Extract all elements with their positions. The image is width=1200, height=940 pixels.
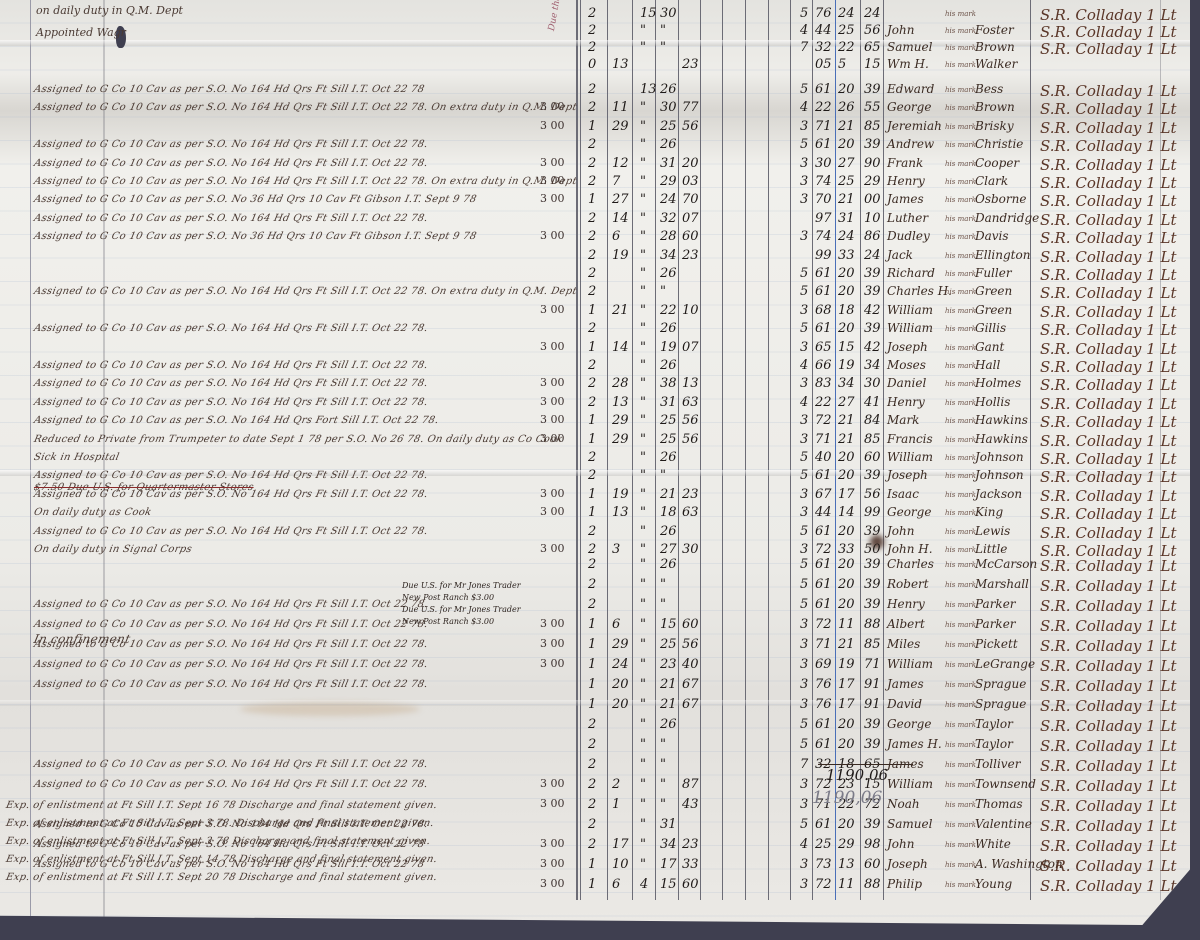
ration-cell: 3	[800, 229, 808, 244]
discharge-note: Exp. of enlistment at Ft Sill I.T. Sept …	[5, 872, 438, 883]
dollars-cell: 26	[660, 82, 677, 97]
amount-cell: 3 00	[540, 413, 565, 426]
total-cents-cell: 24	[838, 229, 855, 244]
remark-text: Assigned to G Co 10 Cav as per S.O. No 1…	[33, 102, 578, 113]
total-cents-cell: 27	[838, 156, 855, 171]
his-mark-note: his mark	[945, 288, 976, 296]
witness-signature: S.R. Colladay 1 Lt	[1040, 697, 1176, 715]
total-cents-cell: 20	[838, 137, 855, 152]
dollars-cell: 34	[660, 248, 677, 263]
soldier-first-name: Andrew	[887, 137, 934, 151]
ditto-cell: "	[640, 697, 646, 712]
total-cents-cell: 20	[838, 82, 855, 97]
soldier-first-name: William	[887, 657, 933, 671]
months-cell: 2	[588, 450, 596, 465]
days-cell: 19	[612, 248, 629, 263]
witness-signature: S.R. Colladay 1 Lt	[1040, 777, 1176, 795]
witness-signature: S.R. Colladay 1 Lt	[1040, 737, 1176, 755]
total-cents-cell: 20	[838, 321, 855, 336]
witness-signature: S.R. Colladay 1 Lt	[1040, 487, 1176, 505]
soldier-last-name: Fuller	[975, 266, 1012, 280]
soldier-last-name: Cooper	[975, 156, 1019, 170]
cents-cell: 23	[682, 487, 699, 502]
cents-cell: 60	[682, 229, 699, 244]
balance-cell: 41	[864, 395, 881, 410]
witness-signature: S.R. Colladay 1 Lt	[1040, 637, 1176, 655]
cents-cell: 56	[682, 119, 699, 134]
witness-signature: S.R. Colladay 1 Lt	[1040, 284, 1176, 302]
soldier-last-name: White	[975, 837, 1011, 851]
amount-cell: 3 00	[540, 487, 565, 500]
ration-cell: 4	[800, 395, 808, 410]
total-cents-cell: 20	[838, 577, 855, 592]
soldier-first-name: Robert	[887, 577, 929, 591]
section-header-struck: $7.50 Due U.S. for Quartermaster Stores	[33, 482, 255, 493]
ration-cell: 7	[800, 40, 808, 55]
balance-cell: 85	[864, 637, 881, 652]
months-cell: 2	[588, 797, 596, 812]
total-cents-cell: 17	[838, 487, 855, 502]
soldier-first-name: Luther	[887, 211, 928, 225]
witness-signature: S.R. Colladay 1 Lt	[1040, 174, 1176, 192]
total-cents-cell: 20	[838, 557, 855, 572]
cents-cell: 67	[682, 697, 699, 712]
his-mark-note: his mark	[945, 621, 976, 629]
ditto-cell: "	[640, 637, 646, 652]
ration-cell: 4	[800, 837, 808, 852]
balance-cell: 39	[864, 321, 881, 336]
his-mark-note: his mark	[945, 417, 976, 425]
remark-text: Assigned to G Co 10 Cav as per S.O. No 1…	[33, 415, 440, 426]
balance-cell: 39	[864, 597, 881, 612]
witness-signature: S.R. Colladay 1 Lt	[1040, 376, 1176, 394]
remark-text: Assigned to G Co 10 Cav as per S.O. No 1…	[33, 360, 429, 371]
total-dollars-cell: 99	[815, 248, 832, 263]
ration-cell: 3	[800, 617, 808, 632]
dollars-cell: "	[660, 577, 666, 592]
total-dollars-cell: 83	[815, 376, 832, 391]
days-cell: 29	[612, 413, 629, 428]
his-mark-note: his mark	[945, 721, 976, 729]
witness-signature: S.R. Colladay 1 Lt	[1040, 857, 1176, 875]
total-dollars-cell: 72	[815, 617, 832, 632]
his-mark-note: his mark	[945, 761, 976, 769]
dollars-cell: "	[660, 777, 666, 792]
balance-cell: 42	[864, 303, 881, 318]
balance-cell: 39	[864, 737, 881, 752]
ditto-cell: "	[640, 395, 646, 410]
total-cents-cell: 34	[838, 376, 855, 391]
his-mark-note: his mark	[945, 601, 976, 609]
witness-signature: S.R. Colladay 1 Lt	[1040, 577, 1176, 595]
days-cell: 11	[612, 100, 629, 115]
soldier-last-name: Thomas	[975, 797, 1023, 811]
his-mark-note: his mark	[945, 861, 976, 869]
soldier-first-name: Miles	[887, 637, 920, 651]
days-cell: 13	[612, 57, 629, 72]
soldier-last-name: Christie	[975, 137, 1023, 151]
soldier-first-name: Henry	[887, 174, 925, 188]
balance-cell: 39	[864, 577, 881, 592]
ration-cell: 3	[800, 677, 808, 692]
months-cell: 1	[588, 677, 596, 692]
dollars-cell: 29	[660, 174, 677, 189]
balance-cell: 24	[864, 6, 881, 21]
witness-signature: S.R. Colladay 1 Lt	[1040, 229, 1176, 247]
total-cents-cell: 19	[838, 657, 855, 672]
ditto-cell: "	[640, 468, 646, 483]
total-cents-cell: 5	[838, 57, 846, 72]
his-mark-note: his mark	[945, 307, 976, 315]
months-cell: 1	[588, 857, 596, 872]
soldier-last-name: Walker	[975, 57, 1017, 71]
his-mark-note: his mark	[945, 472, 976, 480]
months-cell: 1	[588, 192, 596, 207]
his-mark-note: his mark	[945, 215, 976, 223]
witness-signature: S.R. Colladay 1 Lt	[1040, 557, 1176, 575]
ditto-cell: "	[640, 211, 646, 226]
balance-cell: 10	[864, 211, 881, 226]
soldier-last-name: Johnson	[975, 468, 1024, 482]
soldier-last-name: Taylor	[975, 717, 1013, 731]
ration-cell: 5	[800, 6, 808, 21]
remark-text: Assigned to G Co 10 Cav as per S.O. No 3…	[33, 231, 478, 242]
remark-text: Assigned to G Co 10 Cav as per S.O. No 1…	[33, 619, 429, 630]
total-dollars-cell: 61	[815, 717, 832, 732]
witness-signature: S.R. Colladay 1 Lt	[1040, 524, 1176, 542]
his-mark-note: his mark	[945, 44, 976, 52]
months-cell: 1	[588, 637, 596, 652]
total-dollars-cell: 22	[815, 100, 832, 115]
his-mark-note: his mark	[945, 454, 976, 462]
dollars-cell: "	[660, 797, 666, 812]
months-cell: 2	[588, 23, 596, 38]
ration-cell: 3	[800, 877, 808, 892]
remark-text: On daily duty as Cook	[33, 507, 153, 518]
dollars-cell: 21	[660, 677, 677, 692]
dollars-cell: 26	[660, 557, 677, 572]
months-cell: 1	[588, 505, 596, 520]
total-dollars-cell: 71	[815, 432, 832, 447]
remark-text: Assigned to G Co 10 Cav as per S.O. No 3…	[33, 194, 478, 205]
soldier-first-name: Philip	[887, 877, 922, 891]
soldier-first-name: Francis	[887, 432, 933, 446]
witness-signature: S.R. Colladay 1 Lt	[1040, 248, 1176, 266]
ration-cell: 3	[800, 119, 808, 134]
amount-cell: 3 00	[540, 395, 565, 408]
witness-signature: S.R. Colladay 1 Lt	[1040, 677, 1176, 695]
months-cell: 2	[588, 211, 596, 226]
ditto-cell: "	[640, 174, 646, 189]
cents-cell: 33	[682, 857, 699, 872]
months-cell: 2	[588, 376, 596, 391]
soldier-last-name: Osborne	[975, 192, 1026, 206]
balance-cell: 88	[864, 617, 881, 632]
soldier-first-name: William	[887, 321, 933, 335]
months-cell: 0	[588, 57, 596, 72]
months-cell: 2	[588, 395, 596, 410]
dollars-cell: 38	[660, 376, 677, 391]
soldier-last-name: Taylor	[975, 737, 1013, 751]
his-mark-note: his mark	[945, 10, 976, 18]
ditto-cell: "	[640, 757, 646, 772]
witness-signature: S.R. Colladay 1 Lt	[1040, 468, 1176, 486]
his-mark-note: his mark	[945, 270, 976, 278]
total-cents-cell: 17	[838, 677, 855, 692]
balance-cell: 85	[864, 119, 881, 134]
total-dollars-cell: 61	[815, 82, 832, 97]
soldier-first-name: Jeremiah	[887, 119, 942, 133]
ration-cell: 5	[800, 577, 808, 592]
amount-cell: 3 00	[540, 657, 565, 670]
cents-cell: 87	[682, 777, 699, 792]
his-mark-note: his mark	[945, 821, 976, 829]
soldier-first-name: Joseph	[887, 340, 928, 354]
soldier-last-name: Pickett	[975, 637, 1018, 651]
witness-signature: S.R. Colladay 1 Lt	[1040, 877, 1176, 895]
ditto-cell: "	[640, 797, 646, 812]
dollars-cell: 18	[660, 505, 677, 520]
soldier-first-name: John	[887, 23, 915, 37]
balance-cell: 60	[864, 450, 881, 465]
his-mark-note: his mark	[945, 491, 976, 499]
total-dollars-cell: 05	[815, 57, 832, 72]
ditto-cell: "	[640, 777, 646, 792]
balance-cell: 42	[864, 340, 881, 355]
his-mark-note: his mark	[945, 681, 976, 689]
balance-cell: 24	[864, 248, 881, 263]
ditto-cell: "	[640, 450, 646, 465]
dollars-cell: "	[660, 23, 666, 38]
total-cents-cell: 20	[838, 450, 855, 465]
ditto-cell: "	[640, 358, 646, 373]
days-cell: 6	[612, 229, 620, 244]
side-note: Due U.S. for Mr Jones Trader New Post Ra…	[402, 580, 521, 628]
soldier-last-name: Parker	[975, 597, 1016, 611]
days-cell: 14	[612, 211, 629, 226]
total-cents-cell: 27	[838, 395, 855, 410]
days-cell: 29	[612, 637, 629, 652]
witness-signature: S.R. Colladay 1 Lt	[1040, 413, 1176, 431]
ditto-cell: "	[640, 321, 646, 336]
witness-signature: S.R. Colladay 1 Lt	[1040, 817, 1176, 835]
soldier-last-name: Tolliver	[975, 757, 1020, 771]
amount-cell: 3 00	[540, 303, 565, 316]
soldier-first-name: David	[887, 697, 922, 711]
ration-cell: 5	[800, 321, 808, 336]
his-mark-note: his mark	[945, 252, 976, 260]
soldier-first-name: Daniel	[887, 376, 926, 390]
ditto-cell: "	[640, 557, 646, 572]
months-cell: 2	[588, 82, 596, 97]
days-cell: 21	[612, 303, 629, 318]
dollars-cell: 17	[660, 857, 677, 872]
section-header: In confinement	[33, 632, 132, 646]
ration-cell: 3	[800, 174, 808, 189]
total-dollars-cell: 67	[815, 487, 832, 502]
ditto-cell: "	[640, 432, 646, 447]
balance-cell: 39	[864, 137, 881, 152]
pencil-total: 1190,06	[812, 788, 882, 808]
total-dollars-cell: 66	[815, 358, 832, 373]
total-cents-cell: 29	[838, 837, 855, 852]
ditto-cell: "	[640, 487, 646, 502]
his-mark-note: his mark	[945, 741, 976, 749]
witness-signature: S.R. Colladay 1 Lt	[1040, 757, 1176, 775]
ditto-cell: "	[640, 100, 646, 115]
months-cell: 2	[588, 358, 596, 373]
total-cents-cell: 20	[838, 524, 855, 539]
his-mark-note: his mark	[945, 380, 976, 388]
soldier-last-name: Bess	[975, 82, 1003, 96]
witness-signature: S.R. Colladay 1 Lt	[1040, 358, 1176, 376]
ditto-cell: "	[640, 413, 646, 428]
total-dollars-cell: 22	[815, 395, 832, 410]
balance-cell: 71	[864, 657, 881, 672]
months-cell: 2	[588, 597, 596, 612]
dollars-cell: "	[660, 284, 666, 299]
cents-cell: 67	[682, 677, 699, 692]
months-cell: 1	[588, 487, 596, 502]
ditto-cell: "	[640, 577, 646, 592]
total-dollars-cell: 68	[815, 303, 832, 318]
remark-text: Sick in Hospital	[33, 452, 120, 463]
total-cents-cell: 11	[838, 877, 855, 892]
total-dollars-cell: 71	[815, 119, 832, 134]
witness-signature: S.R. Colladay 1 Lt	[1040, 617, 1176, 635]
ditto-cell: "	[640, 303, 646, 318]
total-dollars-cell: 76	[815, 697, 832, 712]
soldier-last-name: Parker	[975, 617, 1016, 631]
ration-cell: 5	[800, 737, 808, 752]
cents-cell: 56	[682, 637, 699, 652]
total-cents-cell: 21	[838, 192, 855, 207]
days-cell: 29	[612, 432, 629, 447]
total-rule	[818, 764, 913, 765]
his-mark-note: his mark	[945, 325, 976, 333]
total-cents-cell: 20	[838, 266, 855, 281]
dollars-cell: 30	[660, 100, 677, 115]
his-mark-note: his mark	[945, 196, 976, 204]
days-cell: 19	[612, 487, 629, 502]
his-mark-note: his mark	[945, 123, 976, 131]
soldier-first-name: John	[887, 524, 915, 538]
total-dollars-cell: 61	[815, 597, 832, 612]
remark-text: Assigned to G Co 10 Cav as per S.O. No 1…	[33, 599, 429, 610]
days-cell: 6	[612, 877, 620, 892]
amount-cell: 3 00	[540, 192, 565, 205]
months-cell: 1	[588, 119, 596, 134]
total-dollars-cell: 61	[815, 266, 832, 281]
dollars-cell: 23	[660, 657, 677, 672]
remark-text: Assigned to G Co 10 Cav as per S.O. No 1…	[33, 470, 429, 481]
dollars-cell: 25	[660, 637, 677, 652]
remark-text: Assigned to G Co 10 Cav as per S.O. No 1…	[33, 659, 429, 670]
amount-cell: 3 00	[540, 857, 565, 870]
soldier-first-name: Samuel	[887, 40, 932, 54]
balance-cell: 55	[864, 100, 881, 115]
total-dollars-cell: 70	[815, 192, 832, 207]
remark-text: Assigned to G Co 10 Cav as per S.O. No 1…	[33, 526, 429, 537]
his-mark-note: his mark	[945, 178, 976, 186]
soldier-first-name: George	[887, 100, 931, 114]
balance-cell: 39	[864, 557, 881, 572]
ration-cell: 5	[800, 284, 808, 299]
days-cell: 27	[612, 192, 629, 207]
months-cell: 2	[588, 737, 596, 752]
his-mark-note: his mark	[945, 344, 976, 352]
total-cents-cell: 21	[838, 432, 855, 447]
dollars-cell: 25	[660, 119, 677, 134]
ration-cell: 3	[800, 487, 808, 502]
witness-signature: S.R. Colladay 1 Lt	[1040, 211, 1176, 229]
his-mark-note: his mark	[945, 581, 976, 589]
total-dollars-cell: 40	[815, 450, 832, 465]
months-cell: 2	[588, 717, 596, 732]
ration-cell: 3	[800, 857, 808, 872]
dollars-cell: 34	[660, 837, 677, 852]
dollars-cell: 26	[660, 137, 677, 152]
total-cents-cell: 20	[838, 717, 855, 732]
remark-text: Assigned to G Co 10 Cav as per S.O. No 1…	[33, 139, 429, 150]
cents-cell: 23	[682, 837, 699, 852]
months-cell: 1	[588, 303, 596, 318]
his-mark-note: his mark	[945, 881, 976, 889]
months-cell: 2	[588, 156, 596, 171]
total-cents-cell: 20	[838, 817, 855, 832]
soldier-last-name: Ellington	[975, 248, 1030, 262]
cents-cell: 23	[682, 57, 699, 72]
remark-text: Assigned to G Co 10 Cav as per S.O. No 1…	[33, 759, 429, 770]
total-cents-cell: 31	[838, 211, 855, 226]
ration-cell: 3	[800, 192, 808, 207]
witness-signature: S.R. Colladay 1 Lt	[1040, 837, 1176, 855]
months-cell: 1	[588, 877, 596, 892]
his-mark-note: his mark	[945, 546, 976, 554]
soldier-first-name: George	[887, 505, 931, 519]
soldier-first-name: Isaac	[887, 487, 919, 501]
soldier-first-name: John H.	[887, 542, 933, 556]
cents-cell: 10	[682, 303, 699, 318]
dollars-cell: 15	[660, 877, 677, 892]
remark-text: Assigned to G Co 10 Cav as per S.O. No 1…	[33, 286, 578, 297]
soldier-last-name: Little	[975, 542, 1007, 556]
balance-cell: 56	[864, 487, 881, 502]
months-cell: 2	[588, 817, 596, 832]
discharge-note: Exp. of enlistment at Ft Sill I.T. Sept …	[5, 836, 432, 847]
ration-cell: 5	[800, 524, 808, 539]
cents-cell: 56	[682, 413, 699, 428]
remark-text: Assigned to G Co 10 Cav as per S.O. No 1…	[33, 323, 429, 334]
total-dollars-cell: 61	[815, 817, 832, 832]
balance-cell: 91	[864, 697, 881, 712]
dollars-cell: "	[660, 40, 666, 55]
months-cell: 2	[588, 6, 596, 21]
ditto-cell: "	[640, 817, 646, 832]
total-dollars-cell: 72	[815, 877, 832, 892]
months-cell: 1	[588, 432, 596, 447]
soldier-first-name: Charles	[887, 557, 934, 571]
total-cents-cell: 21	[838, 413, 855, 428]
total-dollars-cell: 61	[815, 284, 832, 299]
days-cell: 10	[612, 857, 629, 872]
ration-cell: 5	[800, 597, 808, 612]
dollars-cell: 25	[660, 432, 677, 447]
witness-signature: S.R. Colladay 1 Lt	[1040, 100, 1176, 118]
balance-cell: 84	[864, 413, 881, 428]
total-dollars-cell: 97	[815, 211, 832, 226]
remark-text: Assigned to G Co 10 Cav as per S.O. No 1…	[33, 84, 426, 95]
